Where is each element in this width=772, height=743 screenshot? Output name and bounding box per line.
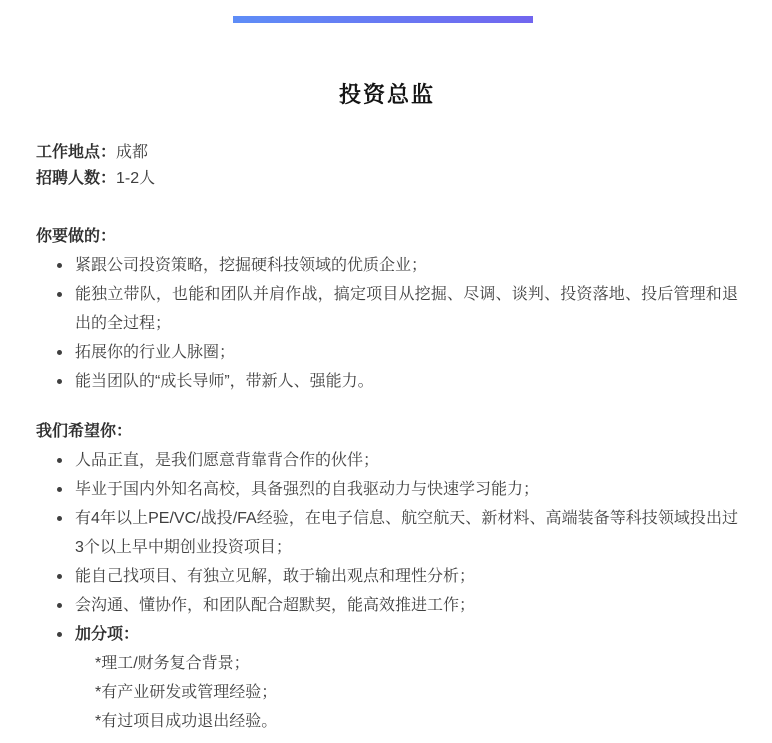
sub-item: *有产业研发或管理经验； <box>36 678 738 707</box>
job-location-value: 成都 <box>116 144 148 161</box>
list-item: 能自己找项目、有独立见解，敢于输出观点和理性分析； <box>36 562 738 591</box>
job-headcount-line: 招聘人数：1-2人 <box>36 166 738 192</box>
section-responsibilities: 你要做的： 紧跟公司投资策略，挖掘硬科技领域的优质企业； 能独立带队，也能和团队… <box>36 222 738 396</box>
bonus-sub-items: *理工/财务复合背景； *有产业研发或管理经验； *有过项目成功退出经验。 <box>36 649 738 736</box>
list-item: 人品正直，是我们愿意背靠背合作的伙伴； <box>36 446 738 475</box>
job-posting-page: 投资总监 工作地点：成都 招聘人数：1-2人 你要做的： 紧跟公司投资策略，挖掘… <box>0 16 772 736</box>
responsibilities-list: 紧跟公司投资策略，挖掘硬科技领域的优质企业； 能独立带队，也能和团队并肩作战，搞… <box>36 251 738 396</box>
job-location-label: 工作地点： <box>36 144 116 161</box>
list-item: 拓展你的行业人脉圈； <box>36 338 738 367</box>
list-item: 能当团队的“成长导师”，带新人、强能力。 <box>36 367 738 396</box>
list-item: 能独立带队，也能和团队并肩作战，搞定项目从挖掘、尽调、谈判、投资落地、投后管理和… <box>36 280 738 338</box>
sub-item: *有过项目成功退出经验。 <box>36 707 738 736</box>
responsibilities-heading: 你要做的： <box>36 222 738 251</box>
section-requirements: 我们希望你： 人品正直，是我们愿意背靠背合作的伙伴； 毕业于国内外知名高校，具备… <box>36 417 738 736</box>
list-item: 有4年以上PE/VC/战投/FA经验，在电子信息、航空航天、新材料、高端装备等科… <box>36 504 738 562</box>
sub-item: *理工/财务复合背景； <box>36 649 738 678</box>
requirements-heading: 我们希望你： <box>36 417 738 446</box>
job-posting-content: 工作地点：成都 招聘人数：1-2人 你要做的： 紧跟公司投资策略，挖掘硬科技领域… <box>36 140 738 736</box>
list-item: 毕业于国内外知名高校，具备强烈的自我驱动力与快速学习能力； <box>36 475 738 504</box>
bonus-points-item: 加分项： <box>36 620 738 649</box>
list-item: 会沟通、懂协作，和团队配合超默契，能高效推进工作； <box>36 591 738 620</box>
requirements-list: 人品正直，是我们愿意背靠背合作的伙伴； 毕业于国内外知名高校，具备强烈的自我驱动… <box>36 446 738 649</box>
list-item: 紧跟公司投资策略，挖掘硬科技领域的优质企业； <box>36 251 738 280</box>
accent-bar <box>233 16 533 23</box>
page-title: 投资总监 <box>0 80 772 110</box>
job-headcount-value: 1-2人 <box>116 170 155 187</box>
job-info: 工作地点：成都 招聘人数：1-2人 <box>36 140 738 192</box>
job-location-line: 工作地点：成都 <box>36 140 738 166</box>
job-headcount-label: 招聘人数： <box>36 170 116 187</box>
